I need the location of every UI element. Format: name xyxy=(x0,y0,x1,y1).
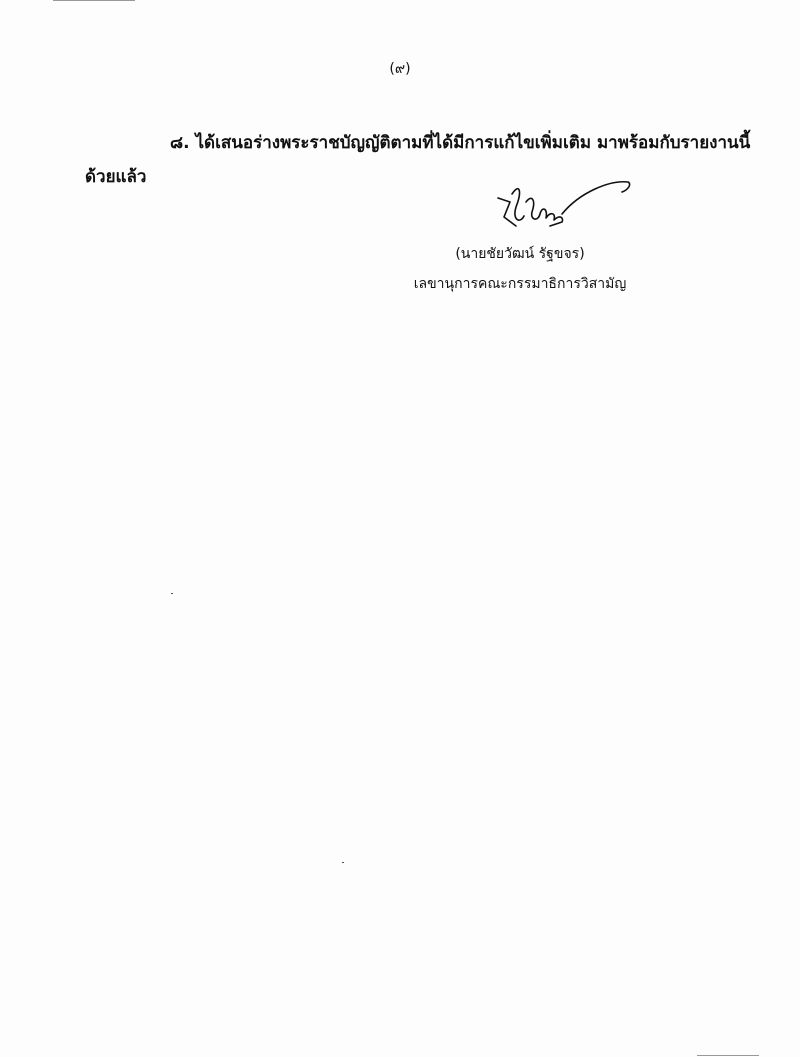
signature-icon xyxy=(490,172,635,234)
scan-speck xyxy=(171,593,173,594)
scan-artifact-line xyxy=(53,0,135,1)
page-number: (๙) xyxy=(0,58,800,80)
signer-title: เลขานุการคณะกรรมาธิการวิสามัญ xyxy=(395,273,645,295)
scan-speck xyxy=(342,862,344,863)
paragraph-line-2: ด้วยแล้ว xyxy=(85,163,146,190)
signer-name: (นายชัยวัฒน์ รัฐขจร) xyxy=(440,243,600,265)
paragraph-line-1: ๘. ได้เสนอร่างพระราชบัญญัติตามที่ได้มีกา… xyxy=(170,129,750,156)
scan-artifact-line xyxy=(697,1055,759,1056)
